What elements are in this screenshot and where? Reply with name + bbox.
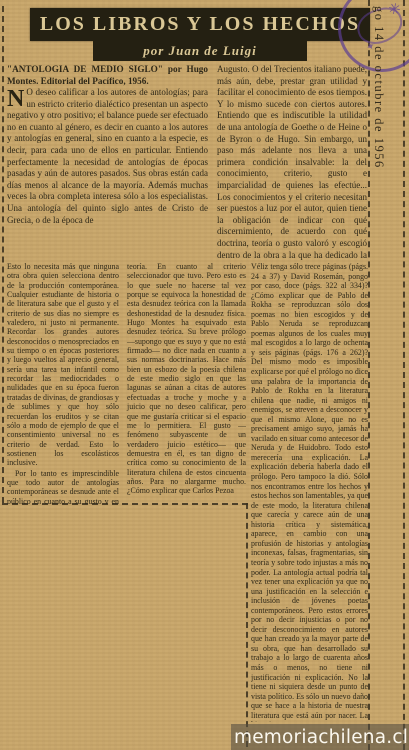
article-header-banner: LOS LIBROS Y LOS HECHOS por Juan de Luig…	[30, 8, 370, 61]
article-byline: por Juan de Luigi	[143, 43, 256, 59]
margin-strip-border-right	[403, 0, 405, 750]
drop-cap: N	[7, 87, 26, 109]
body-column-2: teoría. En cuanto al criterio selecciona…	[127, 262, 246, 504]
scanned-newspaper-clipping: LOS LIBROS Y LOS HECHOS por Juan de Luig…	[0, 0, 409, 750]
body-columns: Esto lo necesita más que ninguna otra ob…	[7, 262, 246, 504]
body-column-3: Véliz tenga sólo trece páginas (págs. 24…	[251, 262, 368, 722]
margin-strip-border-left	[368, 0, 370, 750]
intro-left-text: O deseo calificar a los autores de antol…	[7, 87, 208, 225]
byline-bar: por Juan de Luigi	[93, 41, 307, 61]
book-reference-heading: "ANTOLOGIA DE MEDIO SIGLO" por Hugo Mont…	[7, 64, 208, 87]
clipping-border-col3-left	[246, 503, 248, 747]
column1-paragraph-1: Esto lo necesita más que ninguna otra ob…	[7, 262, 119, 468]
body-column-1: Esto lo necesita más que ninguna otra ob…	[7, 262, 119, 504]
watermark-text: memoriachilena.cl	[231, 727, 408, 748]
clipping-border-left	[2, 6, 4, 503]
article-title: LOS LIBROS Y LOS HECHOS	[40, 13, 360, 36]
intro-columns: "ANTOLOGIA DE MEDIO SIGLO" por Hugo Mont…	[7, 64, 367, 260]
watermark-bar: memoriachilena.cl	[231, 724, 409, 750]
newspaper-date-stamp: go 14 de octubre de 1956	[371, 6, 386, 326]
title-bar: LOS LIBROS Y LOS HECHOS	[30, 8, 370, 41]
intro-column-right: Augusto. O del Trecientos italiano puede…	[217, 64, 367, 260]
intro-column-left: "ANTOLOGIA DE MEDIO SIGLO" por Hugo Mont…	[7, 64, 208, 260]
column1-paragraph-2: Por lo tanto es imprescindible que todo …	[7, 469, 119, 504]
intro-paragraph: NO deseo calificar a los autores de anto…	[7, 87, 208, 226]
